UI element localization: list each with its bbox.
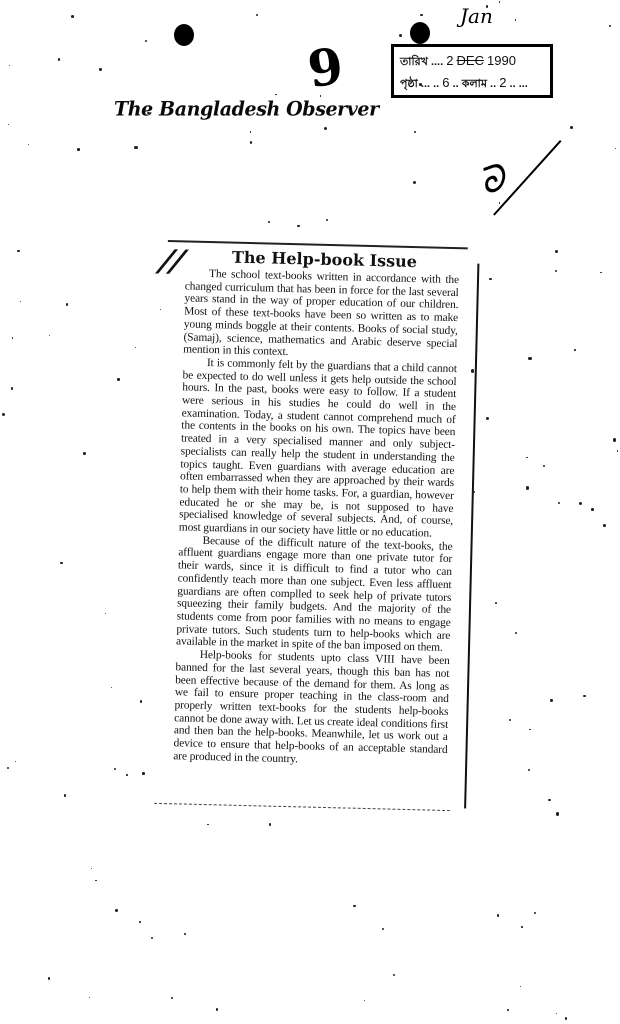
stamp-month: DEC — [457, 53, 484, 68]
article-clipping: // The Help-book Issue The school text-b… — [154, 236, 460, 808]
article-body: The school text-books written in accorda… — [155, 267, 459, 769]
clipping-right-border — [464, 264, 479, 809]
punch-hole-right — [410, 22, 430, 44]
stamp-page-value: 6 — [442, 75, 449, 90]
article-paragraph: It is commonly felt by the guardians tha… — [179, 356, 457, 540]
clipping-bottom-border — [154, 803, 450, 812]
handwritten-page-number: 9 — [304, 36, 347, 99]
stamp-column-label: কলাম — [462, 78, 487, 90]
article-paragraph: The school text-books written in accorda… — [183, 267, 459, 363]
stamp-date-value: 2 — [446, 53, 453, 68]
newspaper-masthead: The Bangladesh Observer — [114, 97, 379, 120]
punch-hole-left — [174, 24, 194, 46]
article-paragraph: Because of the difficult nature of the t… — [176, 534, 453, 655]
stamp-page-label: পৃষ্ঠা — [400, 78, 418, 90]
date-stamp: তারিখ .... 2 DEC 1990 পৃষ্ঠা ... .. 6 ..… — [391, 44, 553, 98]
stamp-date-row: তারিখ .... 2 DEC 1990 — [400, 53, 516, 72]
handwritten-month-note: Jan — [460, 4, 493, 28]
stamp-date-label: তারিখ — [400, 56, 428, 68]
article-paragraph: Help-books for students upto class VIII … — [173, 648, 450, 769]
stamp-column-value: 2 — [499, 75, 506, 90]
stamp-year: 1990 — [487, 53, 516, 68]
